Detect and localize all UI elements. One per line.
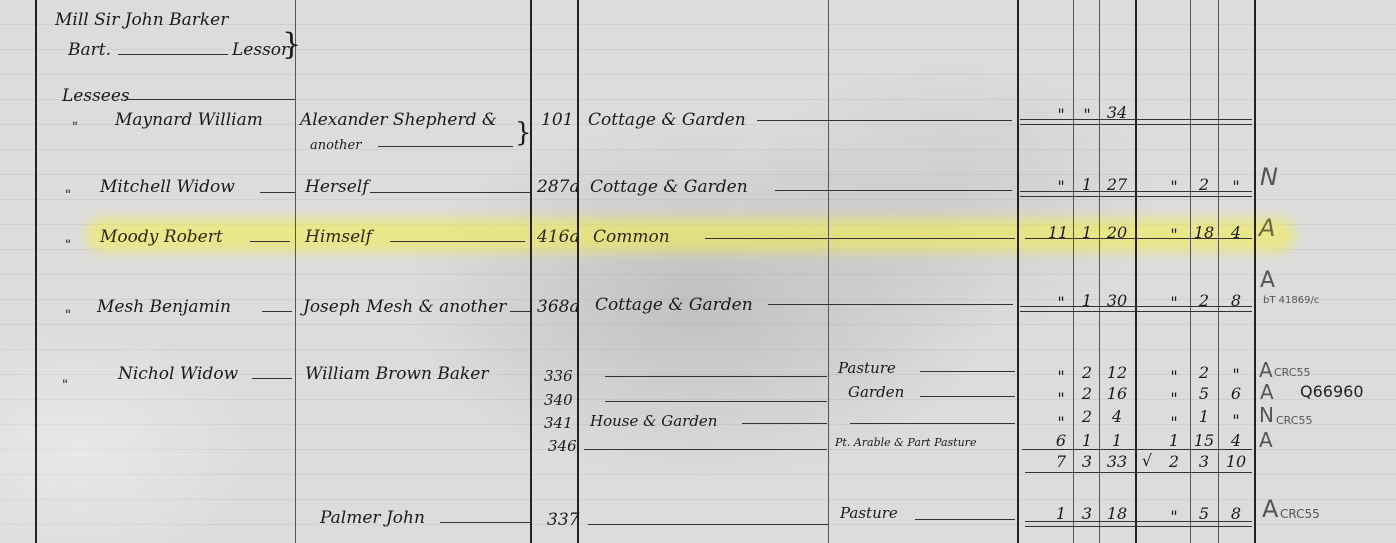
parcel-description: Common (593, 227, 670, 247)
subtotal-rule (1022, 449, 1252, 451)
parcel-description: Cottage & Garden (595, 295, 753, 315)
column-rule (530, 0, 532, 543)
roods: 1 (1076, 432, 1098, 450)
leader-line (605, 401, 827, 403)
occupier-name: Joseph Mesh & another (303, 297, 506, 317)
leader-line (742, 423, 827, 425)
lessor-role: Lessor (232, 40, 289, 60)
leader-line (260, 192, 295, 194)
lessee-name: Palmer John (320, 508, 425, 528)
total-perches: 33 (1102, 453, 1132, 471)
parcel-number: 416a (537, 227, 580, 247)
leader-line (588, 524, 828, 526)
acres: " (1050, 414, 1072, 432)
leader-line (584, 449, 827, 451)
column-rule (1073, 0, 1074, 543)
occupier-name: Himself (305, 227, 372, 247)
brace: } (282, 30, 301, 60)
perches: 16 (1102, 385, 1132, 403)
acres: " (1050, 390, 1072, 408)
column-rule (1017, 0, 1019, 543)
shillings: 1 (1192, 408, 1216, 426)
total-rule (1025, 472, 1252, 474)
parcel-description: House & Garden (590, 411, 717, 431)
leader-line (705, 238, 1015, 240)
parcel-number: 287a (537, 177, 580, 197)
leader-line (605, 376, 827, 378)
column-rule (295, 0, 296, 543)
cultivation: Garden (848, 382, 904, 402)
shillings: 2 (1192, 364, 1216, 382)
roods: 2 (1076, 385, 1098, 403)
parcel-number: 337 (547, 510, 579, 530)
leader-line (378, 146, 513, 148)
pounds: " (1160, 368, 1188, 386)
column-rule (1135, 0, 1137, 543)
margin-note: A (1262, 495, 1278, 523)
leader-line (390, 241, 525, 243)
ditto-mark: " (65, 186, 71, 206)
margin-note-reference: bT 41869/c (1263, 295, 1319, 306)
row-rule (1025, 238, 1252, 240)
row-rule (1025, 521, 1252, 527)
row-rule (1020, 119, 1252, 125)
occupier-name: William Brown Baker (305, 364, 488, 384)
leader-line (768, 304, 1013, 306)
leader-line (262, 311, 292, 313)
total-pence: 10 (1222, 453, 1250, 471)
perches: 12 (1102, 364, 1132, 382)
lessee-name: Maynard William (115, 110, 263, 130)
occupier-name: Alexander Shepherd & (300, 110, 497, 130)
margin-note: A (1260, 380, 1274, 404)
parcel-number: 341 (544, 413, 573, 433)
parcel-number: 101 (541, 110, 573, 130)
parcel-number: 340 (544, 390, 573, 410)
leader-line (915, 519, 1015, 521)
pounds: " (1160, 390, 1188, 408)
parcel-number: 336 (544, 366, 573, 386)
total-check-mark: √ (1140, 452, 1154, 470)
leader-line (440, 522, 530, 524)
pence: 4 (1222, 432, 1250, 450)
column-rule (577, 0, 579, 543)
perches: 4 (1102, 408, 1132, 426)
row-rule (1020, 191, 1252, 197)
margin-note: A (1259, 358, 1273, 382)
column-rule (828, 0, 829, 543)
total-pounds: 2 (1160, 453, 1188, 471)
cultivation: Pasture (840, 503, 898, 523)
cultivation: Pasture (838, 358, 896, 378)
parcel-number: 346 (548, 436, 577, 456)
column-rule (1190, 0, 1191, 543)
pounds: " (1160, 414, 1188, 432)
pence: " (1222, 412, 1250, 430)
lessee-name: Moody Robert (100, 227, 223, 247)
leader-line (850, 423, 1015, 425)
leader-line (510, 311, 530, 313)
column-rule (1099, 0, 1100, 543)
margin-note: A (1259, 428, 1273, 452)
margin-note-reference: CRC55 (1274, 366, 1310, 379)
leader-line (250, 241, 290, 243)
shillings: 15 (1192, 432, 1216, 450)
leader-line (252, 378, 292, 380)
pounds: " (1160, 226, 1188, 244)
ditto-mark: " (65, 236, 71, 256)
column-rule (1218, 0, 1219, 543)
leader-line (125, 99, 295, 101)
lessee-name: Mesh Benjamin (97, 297, 231, 317)
acres: 6 (1050, 432, 1072, 450)
roods: 2 (1076, 364, 1098, 382)
margin-note: N (1260, 163, 1278, 191)
pounds: 1 (1160, 432, 1188, 450)
margin-note-reference: Q66960 (1300, 382, 1364, 401)
column-rule (1254, 0, 1256, 543)
leader-line (920, 371, 1015, 373)
acres: " (1050, 368, 1072, 386)
lessor-name: Mill Sir John Barker (55, 10, 228, 30)
lessee-name: Nichol Widow (118, 364, 238, 384)
row-rule (1020, 306, 1252, 312)
pence: 6 (1222, 385, 1250, 403)
pence: " (1222, 366, 1250, 384)
brace: } (515, 118, 532, 148)
margin-note: A (1259, 214, 1275, 242)
parcel-description: Cottage & Garden (590, 177, 748, 197)
margin-note-reference: CRC55 (1276, 414, 1312, 427)
parcel-number: 368a (537, 297, 580, 317)
total-roods: 3 (1076, 453, 1098, 471)
ditto-mark: " (62, 376, 68, 396)
perches: 1 (1102, 432, 1132, 450)
cultivation: Pt. Arable & Part Pasture (835, 433, 976, 453)
total-shillings: 3 (1192, 453, 1216, 471)
margin-note-reference: CRC55 (1280, 507, 1320, 521)
margin-note: N (1259, 403, 1274, 427)
parcel-description: Cottage & Garden (588, 110, 746, 130)
ledger-page: Mill Sir John Barker Bart. Lessor } Less… (0, 0, 1396, 543)
lessee-name: Mitchell Widow (100, 177, 235, 197)
ditto-mark: " (72, 118, 78, 138)
roods: 2 (1076, 408, 1098, 426)
occupier-name: Herself (305, 177, 369, 197)
margin-note: A (1260, 268, 1275, 293)
occupier-name-cont: another (310, 136, 361, 156)
leader-line (920, 396, 1015, 398)
lessees-label: Lessees (62, 86, 130, 106)
ditto-mark: " (65, 306, 71, 326)
leader-line (757, 120, 1012, 122)
lessor-title: Bart. (68, 40, 111, 60)
leader-line (370, 192, 530, 194)
leader-line (118, 54, 228, 56)
column-rule (35, 0, 37, 543)
shillings: 5 (1192, 385, 1216, 403)
total-acres: 7 (1050, 453, 1072, 471)
leader-line (775, 190, 1012, 192)
